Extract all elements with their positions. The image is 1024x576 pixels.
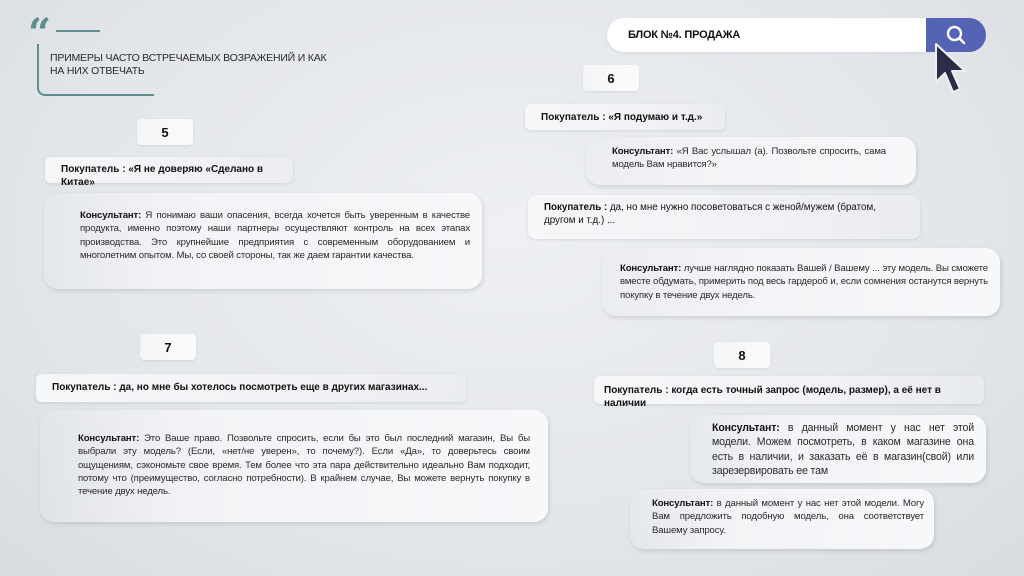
consultant-bubble: Консультант: в данный момент у нас нет э… xyxy=(630,489,934,549)
buyer-bubble: Покупатель : когда есть точный запрос (м… xyxy=(594,376,984,404)
decorative-line xyxy=(56,30,100,32)
buyer-bubble: Покупатель : да, но мне бы хотелось посм… xyxy=(36,374,466,402)
buyer-text: да, но мне бы хотелось посмотреть еще в … xyxy=(119,382,427,393)
consultant-label: Консультант: xyxy=(652,498,717,509)
consultant-bubble: Консультант: Это Ваше право. Позвольте с… xyxy=(40,410,548,522)
buyer-bubble: Покупатель : «Я подумаю и т.д.» xyxy=(525,104,725,130)
buyer-text: «Я подумаю и т.д.» xyxy=(608,112,702,123)
block-number-7: 7 xyxy=(140,334,196,360)
consultant-label: Консультант: xyxy=(612,146,677,157)
consultant-bubble: Консультант: в данный момент у нас нет э… xyxy=(690,415,986,483)
consultant-bubble: Консультант: «Я Вас услышал (а). Позволь… xyxy=(586,137,916,185)
consultant-bubble: Консультант: Я понимаю ваши опасения, вс… xyxy=(44,193,482,289)
block-number-6: 6 xyxy=(583,65,639,91)
mouse-pointer-icon xyxy=(930,42,970,98)
buyer-label: Покупатель : xyxy=(541,112,608,123)
search-query-text[interactable]: БЛОК №4. ПРОДАЖА xyxy=(628,29,740,41)
consultant-label: Консультант: xyxy=(712,422,788,434)
consultant-label: Консультант: xyxy=(78,433,144,444)
buyer-label: Покупатель : xyxy=(52,382,119,393)
section-title: ПРИМЕРЫ ЧАСТО ВСТРЕЧАЕМЫХ ВОЗРАЖЕНИЙ И К… xyxy=(50,52,340,78)
block-number-8: 8 xyxy=(714,342,770,368)
buyer-label: Покупатель : xyxy=(604,385,671,396)
buyer-label: Покупатель : xyxy=(61,164,128,175)
consultant-label: Консультант: xyxy=(620,263,684,274)
buyer-bubble: Покупатель : «Я не доверяю «Сделано в Ки… xyxy=(45,157,293,183)
consultant-bubble: Консультант: лучше наглядно показать Ваш… xyxy=(602,248,1000,316)
consultant-label: Консультант: xyxy=(80,210,145,221)
block-number-5: 5 xyxy=(137,119,193,145)
buyer-bubble: Покупатель : да, но мне нужно посоветова… xyxy=(528,195,920,239)
consultant-text: Это Ваше право. Позвольте спросить, если… xyxy=(78,433,530,497)
buyer-label: Покупатель : xyxy=(544,202,610,213)
